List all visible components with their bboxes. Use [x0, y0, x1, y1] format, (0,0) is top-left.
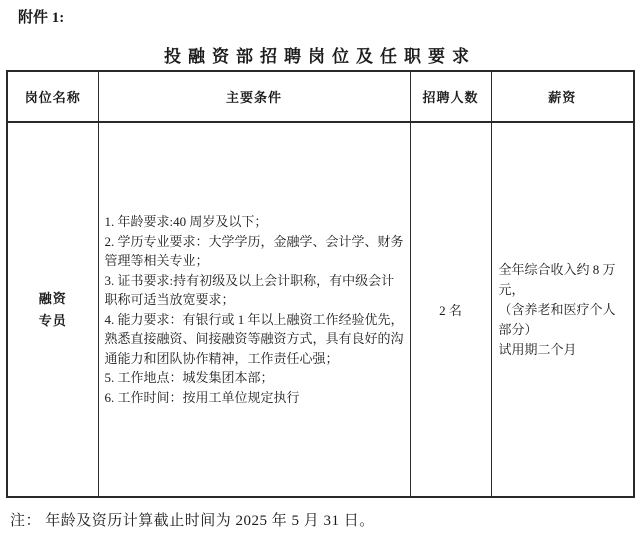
recruitment-table: 岗位名称 主要条件 招聘人数 薪资 融资 专员 1. 年龄要求:40 周岁及以下…: [6, 70, 635, 498]
position-name-line: 专员: [9, 313, 97, 329]
salary-line: 全年综合收入约 8 万元，: [499, 260, 628, 300]
condition-item: 3. 证书要求:持有初级及以上会计职称，有中级会计职称可适当放宽要求；: [105, 271, 406, 310]
position-name-cell: 融资 专员: [7, 122, 98, 497]
main-conditions-cell: 1. 年龄要求:40 周岁及以下； 2. 学历专业要求：大学学历，金融学、会计学…: [98, 122, 410, 497]
col-header-salary: 薪资: [491, 71, 634, 122]
col-header-position-name: 岗位名称: [7, 71, 98, 122]
salary-cell: 全年综合收入约 8 万元， （含养老和医疗个人部分） 试用期二个月: [491, 122, 634, 497]
condition-item: 4. 能力要求：有银行或 1 年以上融资工作经验优先，熟悉直接融资、间接融资等融…: [105, 310, 406, 369]
table-row: 融资 专员 1. 年龄要求:40 周岁及以下； 2. 学历专业要求：大学学历，金…: [7, 122, 634, 497]
salary-line: 试用期二个月: [499, 340, 628, 360]
condition-item: 6. 工作时间：按用工单位规定执行: [105, 388, 406, 408]
condition-item: 5. 工作地点：城发集团本部；: [105, 368, 406, 388]
page-title: 投融资部招聘岗位及任职要求: [0, 42, 640, 67]
condition-item: 1. 年龄要求:40 周岁及以下；: [105, 212, 406, 232]
table-header-row: 岗位名称 主要条件 招聘人数 薪资: [7, 71, 634, 122]
col-header-headcount: 招聘人数: [410, 71, 491, 122]
position-name-line: 融资: [9, 291, 97, 307]
footnote: 注： 年龄及资历计算截止时间为 2025 年 5 月 31 日。: [10, 509, 375, 533]
headcount-cell: 2 名: [410, 122, 491, 497]
salary-line: （含养老和医疗个人部分）: [499, 300, 628, 340]
condition-item: 2. 学历专业要求：大学学历，金融学、会计学、财务管理等相关专业；: [105, 232, 406, 271]
col-header-main-conditions: 主要条件: [98, 71, 410, 122]
attachment-label: 附件 1:: [18, 6, 64, 27]
